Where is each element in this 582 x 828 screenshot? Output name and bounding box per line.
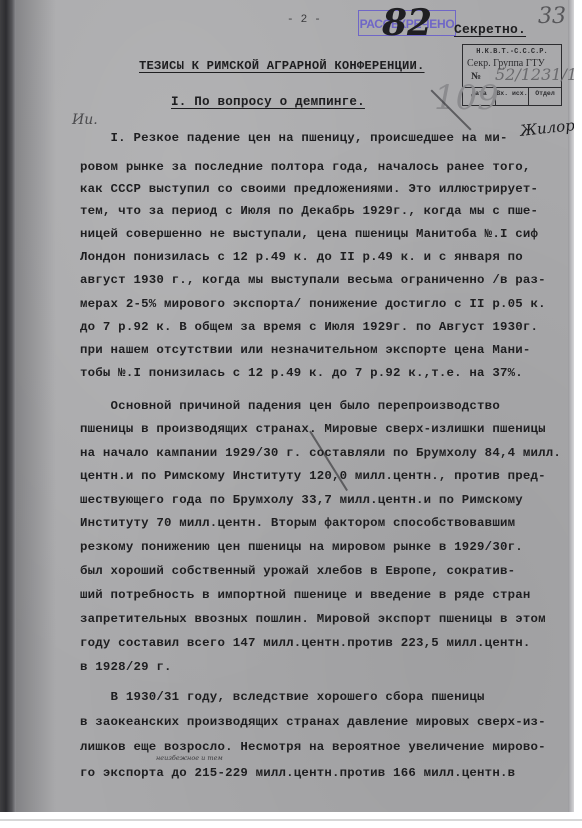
body-line: I. Резкое падение цен на пшеницу, происш…	[80, 131, 508, 145]
handwritten-interlinear-note: неизбежное и тем	[156, 754, 223, 762]
binding-edge	[0, 0, 16, 812]
section-heading: I. По вопросу о демпинге.	[171, 95, 365, 109]
body-line: в заокеанских производящих странах давле…	[80, 715, 546, 729]
body-line: ровом рынке за последние полтора года, н…	[80, 160, 531, 174]
handwritten-margin-note: Ии.	[72, 112, 98, 128]
body-line: го экспорта до 215-229 милл.центн.против…	[80, 766, 515, 780]
body-line: году составил всего 147 милл.центн.проти…	[80, 636, 531, 650]
body-line: был хороший собственный урожай хлебов в …	[80, 564, 515, 578]
handwritten-archive-number: 109	[434, 78, 499, 118]
scanned-document-page: - 2 - РАССЕКРЕЧЕНО 82 Секретно. 33 Н.К.В…	[0, 0, 574, 812]
body-line: август 1930 г., когда мы выступали весьм…	[80, 273, 546, 287]
body-line: центн.и по Римскому Институту 120,0 милл…	[80, 469, 546, 483]
registration-col-inout: Вх. исх.	[496, 88, 529, 106]
handwritten-signature: Жилорон	[519, 114, 574, 140]
page-number: - 2 -	[287, 14, 321, 26]
classification-label: Секретно.	[454, 22, 526, 37]
body-line: шествующего года по Брумхолу 33,7 милл.ц…	[80, 493, 523, 507]
body-line: ший потребность в импортной пшенице и вв…	[80, 588, 531, 602]
registration-col-dept: Отдел	[529, 88, 561, 106]
body-line: Институту 70 милл.центн. Вторым фактором…	[80, 516, 515, 530]
document-title: ТЕЗИСЫ К РИМСКОЙ АГРАРНОЙ КОНФЕРЕНЦИИ.	[139, 59, 425, 73]
registration-number-value: 52/1231/10	[495, 65, 574, 84]
body-line: как СССР выступил со своими предложениям…	[80, 182, 538, 196]
body-line: ницей совершенно не выступали, цена пшен…	[80, 227, 538, 241]
body-line: Основной причиной падения цен было переп…	[80, 399, 500, 413]
body-line: В 1930/31 году, вследствие хорошего сбор…	[80, 690, 485, 704]
handwritten-corner-number: 33	[538, 4, 566, 29]
margin-shadow	[16, 0, 56, 812]
body-line: запретительных ввозных пошлин. Мировой э…	[80, 612, 546, 626]
body-line: резкому понижению цен пшеницы на мировом…	[80, 540, 523, 554]
body-line: лишков еще возросло. Несмотря на вероятн…	[80, 740, 546, 754]
body-line: при нашем отсутствии или незначительном …	[80, 343, 531, 357]
scan-bottom-line	[0, 819, 582, 821]
registration-header: Н.К.В.Т.-С.С.С.Р.	[463, 48, 561, 56]
body-line: тем, что за период с Июля по Декабрь 192…	[80, 204, 538, 218]
body-line: в 1928/29 г.	[80, 660, 172, 674]
body-line: Лондон понизилась с 12 р.49 к. до II р.4…	[80, 250, 523, 264]
body-line: до 7 р.92 к. В общем за время с Июля 192…	[80, 320, 538, 334]
body-line: мерах 2-5% мирового экспорта/ понижение …	[80, 297, 546, 311]
handwritten-sheet-number: 82	[382, 2, 432, 44]
body-line: тобы №.I понизилась с 12 р.49 к. до 7 р.…	[80, 366, 523, 380]
